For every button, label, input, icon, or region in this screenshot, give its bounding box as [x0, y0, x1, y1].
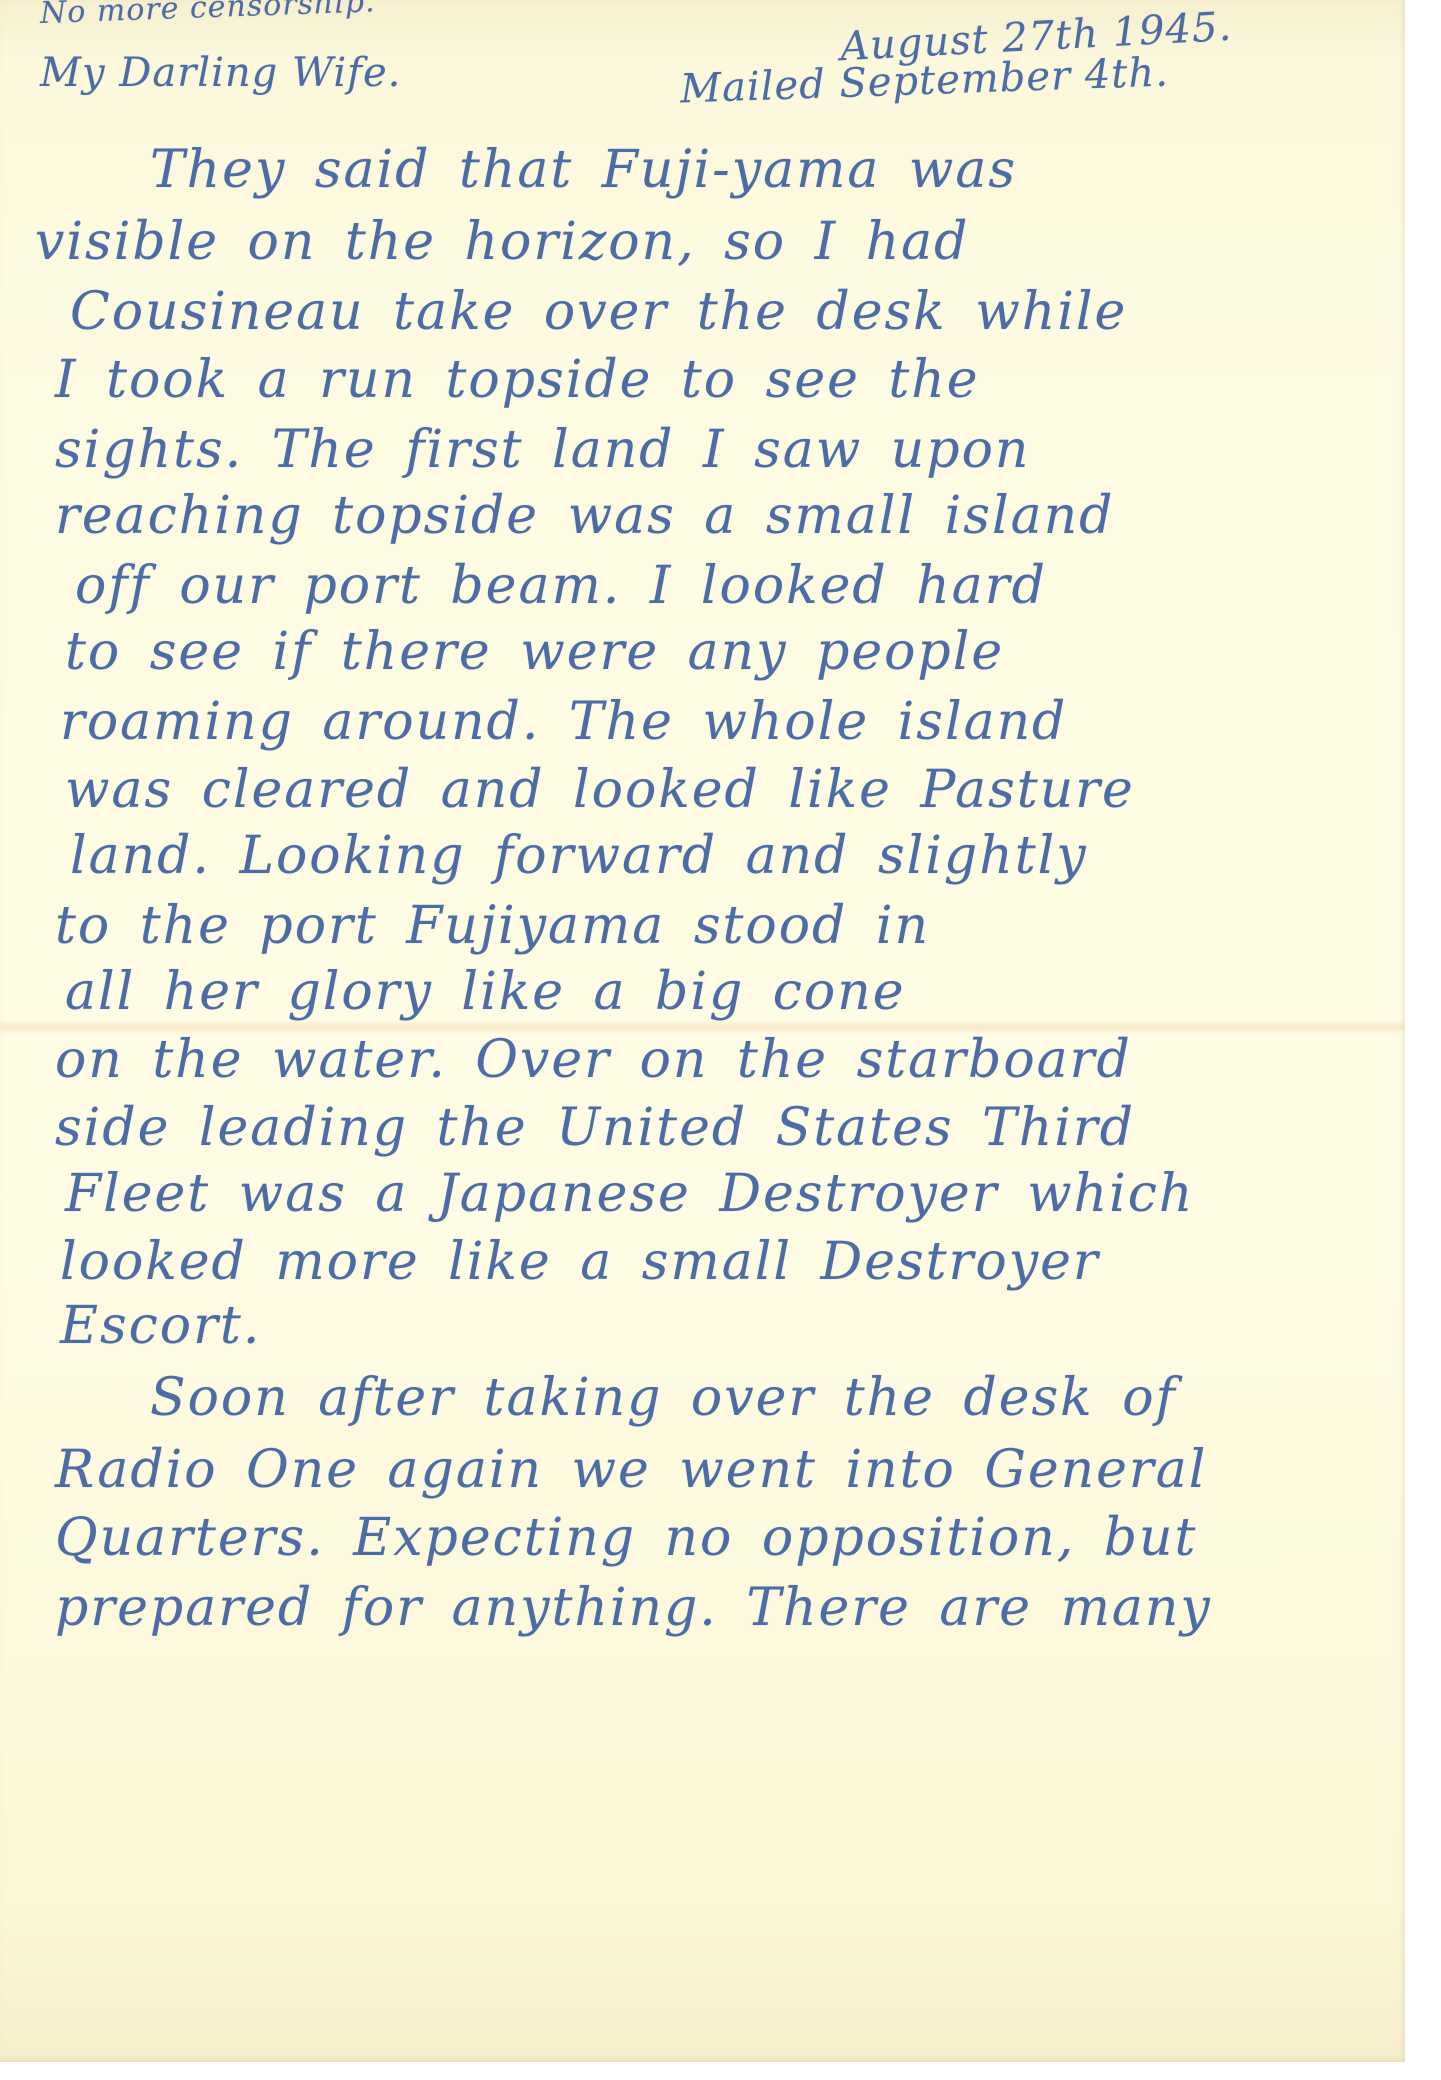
body-line-18: Escort. [60, 1296, 261, 1356]
body-line-9: roaming around. The whole island [60, 692, 1067, 752]
body-line-13: all her glory like a big cone [65, 962, 905, 1022]
body-line-15: side leading the United States Third [55, 1098, 1135, 1158]
body-line-3: Cousineau take over the desk while [70, 282, 1127, 342]
mailed-date: Mailed September 4th. [679, 49, 1169, 112]
body-line-17: looked more like a small Destroyer [60, 1232, 1100, 1292]
body-line-19: Soon after taking over the desk of [150, 1368, 1177, 1428]
body-line-7: off our port beam. I looked hard [75, 556, 1047, 616]
body-line-10: was cleared and looked like Pasture [65, 760, 1135, 820]
body-line-6: reaching topside was a small island [55, 486, 1114, 546]
body-line-20: Radio One again we went into General [55, 1440, 1207, 1500]
body-line-11: land. Looking forward and slightly [70, 826, 1088, 886]
body-line-12: to the port Fujiyama stood in [55, 896, 930, 956]
margin-note-censorship: No more censorship. [39, 0, 376, 31]
body-line-8: to see if there were any people [65, 622, 1004, 682]
body-line-5: sights. The first land I saw upon [55, 420, 1030, 480]
body-line-4: I took a run topside to see the [55, 350, 980, 410]
body-line-21: Quarters. Expecting no opposition, but [55, 1508, 1197, 1568]
body-line-1: They said that Fuji-yama was [150, 140, 1017, 200]
body-line-22: prepared for anything. There are many [55, 1578, 1212, 1638]
body-line-14: on the water. Over on the starboard [55, 1030, 1132, 1090]
salutation: My Darling Wife. [40, 50, 401, 96]
body-line-2: visible on the horizon, so I had [35, 212, 969, 272]
body-line-16: Fleet was a Japanese Destroyer which [65, 1164, 1194, 1224]
letter-page: No more censorship. August 27th 1945. My… [0, 0, 1405, 2062]
